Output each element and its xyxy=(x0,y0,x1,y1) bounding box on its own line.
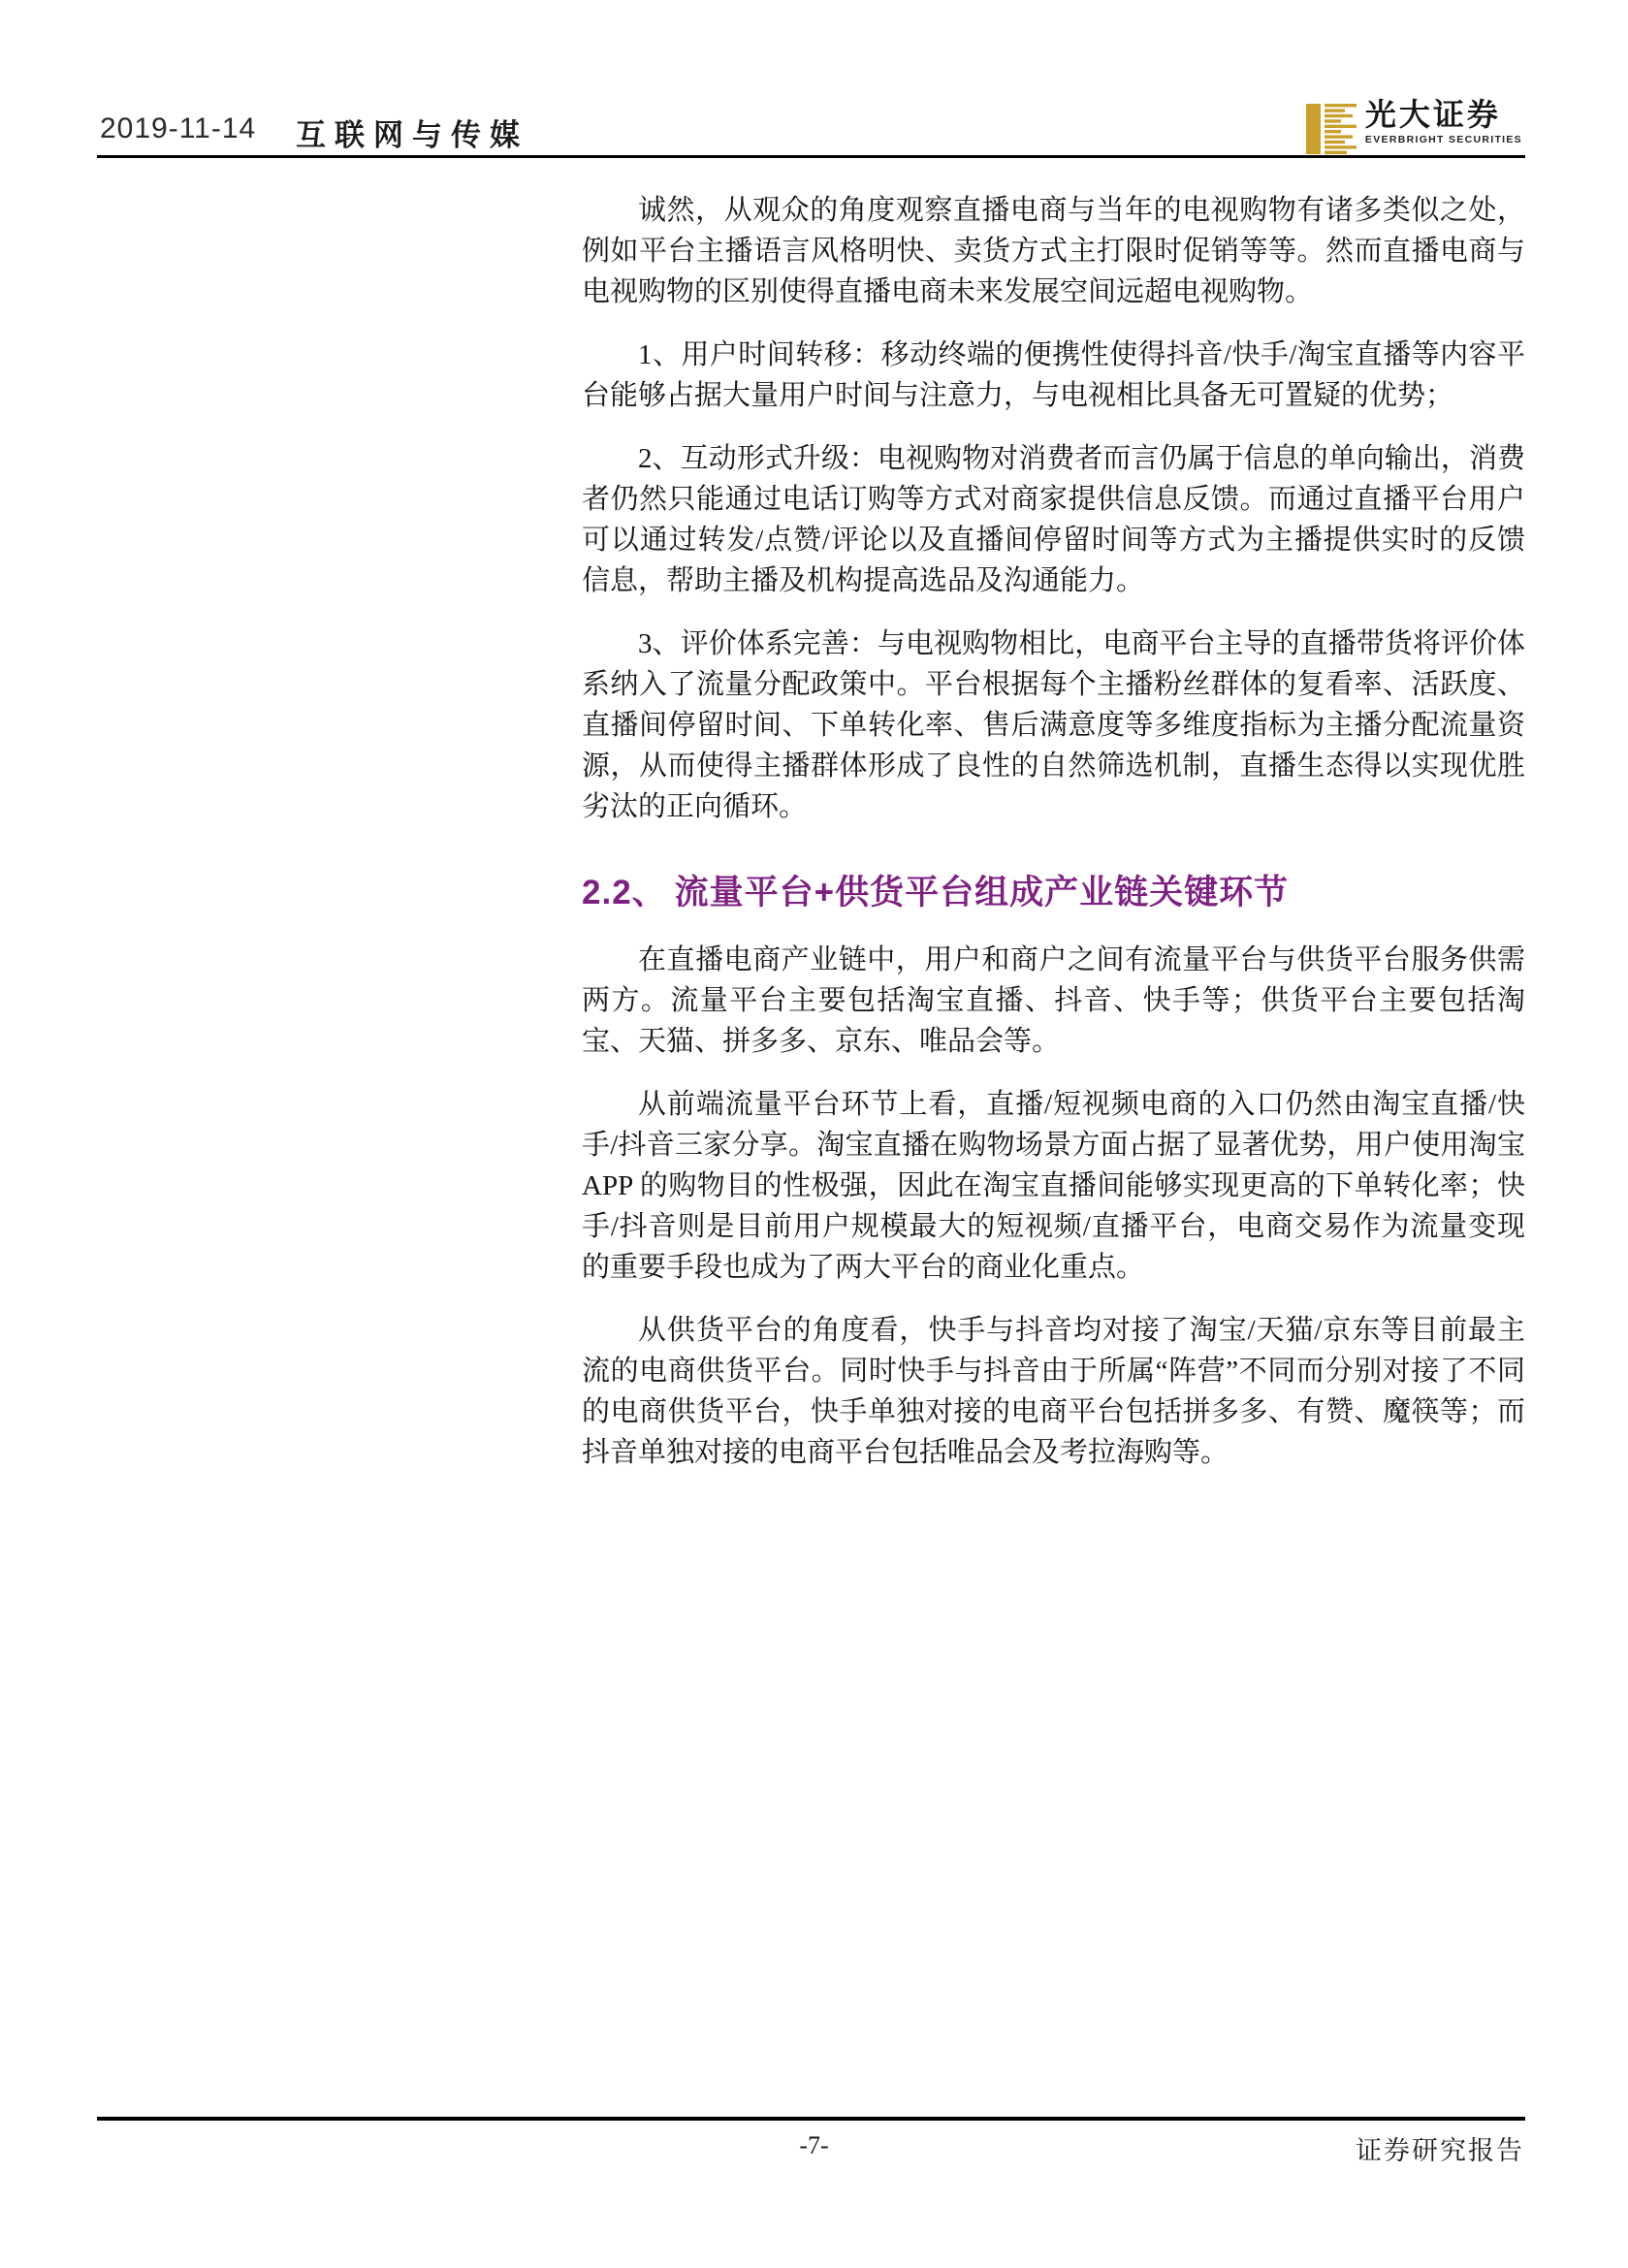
section-heading-number: 2.2、 xyxy=(582,874,667,911)
everbright-logo: 光大证券 EVERBRIGHT SECURITIES xyxy=(1306,98,1522,154)
footer-divider xyxy=(97,2117,1525,2121)
paragraph-body-2: 从前端流量平台环节上看，直播/短视频电商的入口仍然由淘宝直播/快手/抖音三家分享… xyxy=(582,1084,1525,1288)
paragraph-body-3: 从供货平台的角度看，快手与抖音均对接了淘宝/天猫/京东等目前最主流的电商供货平台… xyxy=(582,1310,1525,1473)
footer-report-type: 证券研究报告 xyxy=(1356,2129,1524,2167)
report-date: 2019-11-14 xyxy=(100,112,256,145)
paragraph-intro-3: 2、互动形式升级：电视购物对消费者而言仍属于信息的单向输出，消费者仍然只能通过电… xyxy=(582,438,1525,601)
report-body: 诚然，从观众的角度观察直播电商与当年的电视购物有诸多类似之处，例如平台主播语言风… xyxy=(582,190,1525,1495)
logo-name-cn: 光大证券 xyxy=(1365,98,1522,131)
paragraph-intro-2: 1、用户时间转移：移动终端的便携性使得抖音/快手/淘宝直播等内容平台能够占据大量… xyxy=(582,335,1525,416)
paragraph-intro-1: 诚然，从观众的角度观察直播电商与当年的电视购物有诸多类似之处，例如平台主播语言风… xyxy=(582,190,1525,312)
paragraph-body-1: 在直播电商产业链中，用户和商户之间有流量平台与供货平台服务供需两方。流量平台主要… xyxy=(582,940,1525,1062)
logo-text: 光大证券 EVERBRIGHT SECURITIES xyxy=(1365,98,1522,146)
paragraph-intro-4: 3、评价体系完善：与电视购物相比，电商平台主导的直播带货将评价体系纳入了流量分配… xyxy=(582,623,1525,827)
section-heading-title: 流量平台+供货平台组成产业链关键环节 xyxy=(675,874,1289,911)
everbright-logo-icon xyxy=(1306,104,1357,154)
report-section-title: 互联网与传媒 xyxy=(296,111,528,154)
report-page: 2019-11-14 互联网与传媒 光大证券 EVERBRIGHT SECURI… xyxy=(0,0,1628,2268)
logo-name-en: EVERBRIGHT SECURITIES xyxy=(1365,134,1522,146)
section-heading-2-2: 2.2、流量平台+供货平台组成产业链关键环节 xyxy=(582,872,1525,914)
header-divider xyxy=(97,155,1525,158)
